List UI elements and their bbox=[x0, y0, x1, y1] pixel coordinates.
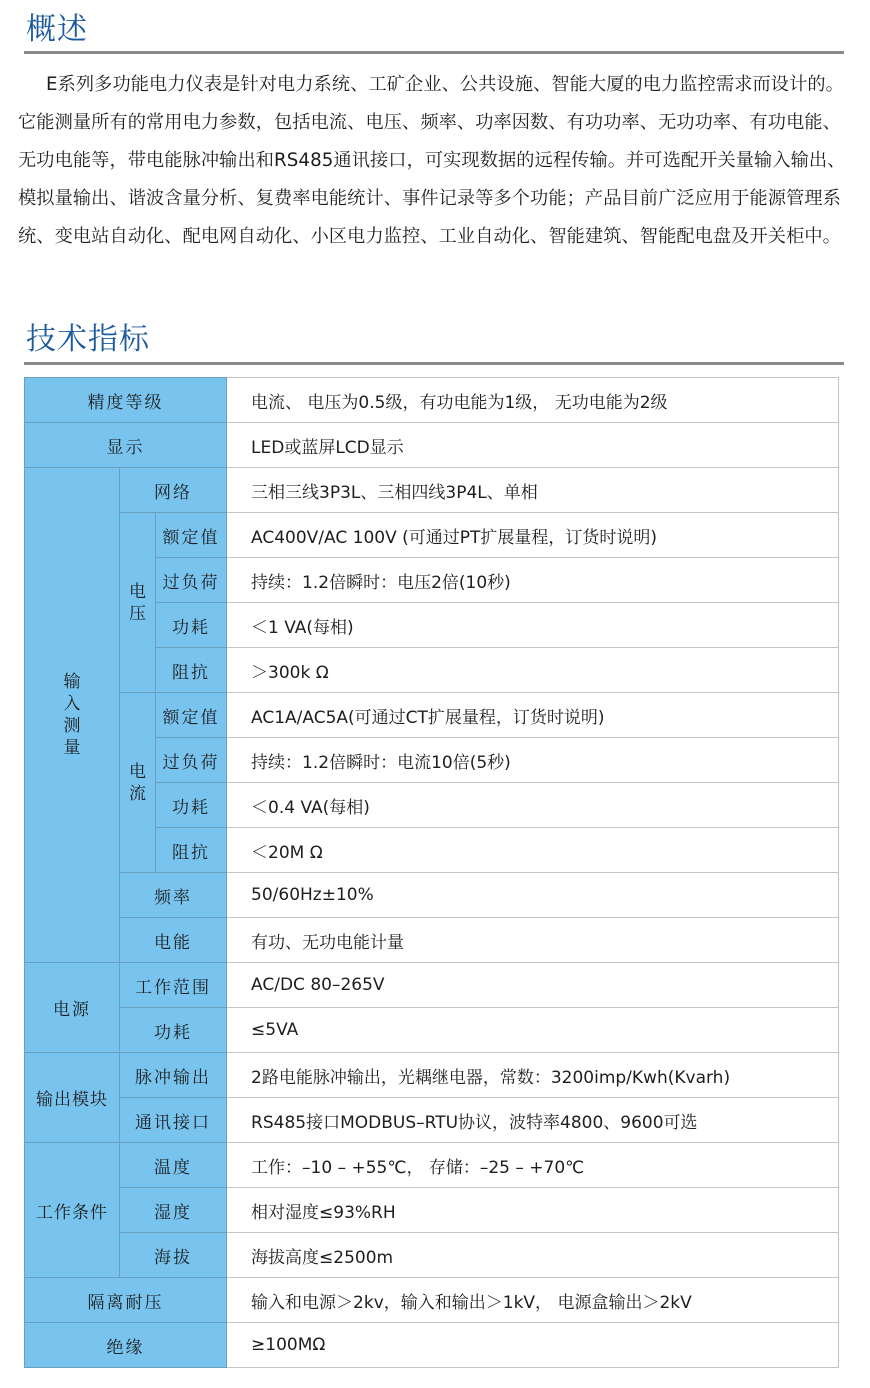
group-label-power: 电源 bbox=[25, 963, 120, 1053]
row-label: 功耗 bbox=[156, 783, 227, 828]
row-label: 网络 bbox=[120, 468, 227, 513]
row-value: 输入和电源＞2kv，输入和输出＞1kV， 电源盒输出＞2kV bbox=[227, 1278, 839, 1323]
spec-table: 精度等级 电流、 电压为0.5级，有功电能为1级， 无功电能为2级 显示 LED… bbox=[24, 377, 839, 1368]
row-label: 功耗 bbox=[120, 1008, 227, 1053]
row-value: LED或蓝屏LCD显示 bbox=[227, 423, 839, 468]
row-label: 温度 bbox=[120, 1143, 227, 1188]
overview-divider bbox=[24, 51, 844, 54]
row-label: 显示 bbox=[25, 423, 227, 468]
table-row-insulation: 绝缘 ≥100MΩ bbox=[25, 1323, 839, 1368]
row-value: RS485接口MODBUS–RTU协议，波特率4800、9600可选 bbox=[227, 1098, 839, 1143]
overview-title: 概述 bbox=[26, 12, 88, 48]
row-value: 2路电能脉冲输出，光耦继电器，常数：3200imp/Kwh(Kvarh) bbox=[227, 1053, 839, 1098]
row-value: AC/DC 80–265V bbox=[227, 963, 839, 1008]
table-row-network: 输入测量 网络 三相三线3P3L、三相四线3P4L、单相 bbox=[25, 468, 839, 513]
row-value: ≥100MΩ bbox=[227, 1323, 839, 1368]
specs-title: 技术指标 bbox=[26, 322, 150, 358]
row-value: 有功、无功电能计量 bbox=[227, 918, 839, 963]
row-value: ≤5VA bbox=[227, 1008, 839, 1053]
row-label: 阻抗 bbox=[156, 828, 227, 873]
row-label: 绝缘 bbox=[25, 1323, 227, 1368]
table-row-power-consumption: 功耗 ≤5VA bbox=[25, 1008, 839, 1053]
row-value: ＜0.4 VA(每相) bbox=[227, 783, 839, 828]
row-value: AC1A/AC5A(可通过CT扩展量程，订货时说明) bbox=[227, 693, 839, 738]
table-row-pulse-output: 输出模块 脉冲输出 2路电能脉冲输出，光耦继电器，常数：3200imp/Kwh(… bbox=[25, 1053, 839, 1098]
row-value: 持续：1.2倍瞬时：电流10倍(5秒) bbox=[227, 738, 839, 783]
row-value: ＜20M Ω bbox=[227, 828, 839, 873]
row-value: 相对湿度≤93%RH bbox=[227, 1188, 839, 1233]
row-label: 精度等级 bbox=[25, 378, 227, 423]
row-label: 海拔 bbox=[120, 1233, 227, 1278]
specs-divider bbox=[24, 362, 844, 365]
table-row-power-range: 电源 工作范围 AC/DC 80–265V bbox=[25, 963, 839, 1008]
row-value: AC400V/AC 100V (可通过PT扩展量程，订货时说明) bbox=[227, 513, 839, 558]
row-label: 脉冲输出 bbox=[120, 1053, 227, 1098]
table-row-current-rated: 电流 额定值 AC1A/AC5A(可通过CT扩展量程，订货时说明) bbox=[25, 693, 839, 738]
group-label-conditions: 工作条件 bbox=[25, 1143, 120, 1278]
subgroup-label-voltage: 电压 bbox=[120, 513, 156, 693]
group-label-output: 输出模块 bbox=[25, 1053, 120, 1143]
table-row-communication: 通讯接口 RS485接口MODBUS–RTU协议，波特率4800、9600可选 bbox=[25, 1098, 839, 1143]
row-label: 通讯接口 bbox=[120, 1098, 227, 1143]
row-value: 持续：1.2倍瞬时：电压2倍(10秒) bbox=[227, 558, 839, 603]
row-label: 湿度 bbox=[120, 1188, 227, 1233]
row-value: 电流、 电压为0.5级，有功电能为1级， 无功电能为2级 bbox=[227, 378, 839, 423]
row-value: 海拔高度≤2500m bbox=[227, 1233, 839, 1278]
row-value: 三相三线3P3L、三相四线3P4L、单相 bbox=[227, 468, 839, 513]
table-row-frequency: 频率 50/60Hz±10% bbox=[25, 873, 839, 918]
row-value: 工作：–10 – +55℃， 存储：–25 – +70℃ bbox=[227, 1143, 839, 1188]
subgroup-label-current: 电流 bbox=[120, 693, 156, 873]
row-label: 过负荷 bbox=[156, 558, 227, 603]
row-value: ＞300k Ω bbox=[227, 648, 839, 693]
table-row-humidity: 湿度 相对湿度≤93%RH bbox=[25, 1188, 839, 1233]
table-row-altitude: 海拔 海拔高度≤2500m bbox=[25, 1233, 839, 1278]
table-row-isolation: 隔离耐压 输入和电源＞2kv，输入和输出＞1kV， 电源盒输出＞2kV bbox=[25, 1278, 839, 1323]
row-value: ＜1 VA(每相) bbox=[227, 603, 839, 648]
row-value: 50/60Hz±10% bbox=[227, 873, 839, 918]
row-label: 电能 bbox=[120, 918, 227, 963]
row-label: 功耗 bbox=[156, 603, 227, 648]
table-row-energy: 电能 有功、无功电能计量 bbox=[25, 918, 839, 963]
row-label: 额定值 bbox=[156, 513, 227, 558]
row-label: 工作范围 bbox=[120, 963, 227, 1008]
row-label: 过负荷 bbox=[156, 738, 227, 783]
overview-paragraph: E系列多功能电力仪表是针对电力系统、工矿企业、公共设施、智能大厦的电力监控需求而… bbox=[18, 66, 848, 256]
table-row-voltage-rated: 电压 额定值 AC400V/AC 100V (可通过PT扩展量程，订货时说明) bbox=[25, 513, 839, 558]
row-label: 隔离耐压 bbox=[25, 1278, 227, 1323]
table-row-display: 显示 LED或蓝屏LCD显示 bbox=[25, 423, 839, 468]
group-label-input: 输入测量 bbox=[25, 468, 120, 963]
table-row-accuracy: 精度等级 电流、 电压为0.5级，有功电能为1级， 无功电能为2级 bbox=[25, 378, 839, 423]
row-label: 频率 bbox=[120, 873, 227, 918]
row-label: 额定值 bbox=[156, 693, 227, 738]
row-label: 阻抗 bbox=[156, 648, 227, 693]
table-row-temperature: 工作条件 温度 工作：–10 – +55℃， 存储：–25 – +70℃ bbox=[25, 1143, 839, 1188]
